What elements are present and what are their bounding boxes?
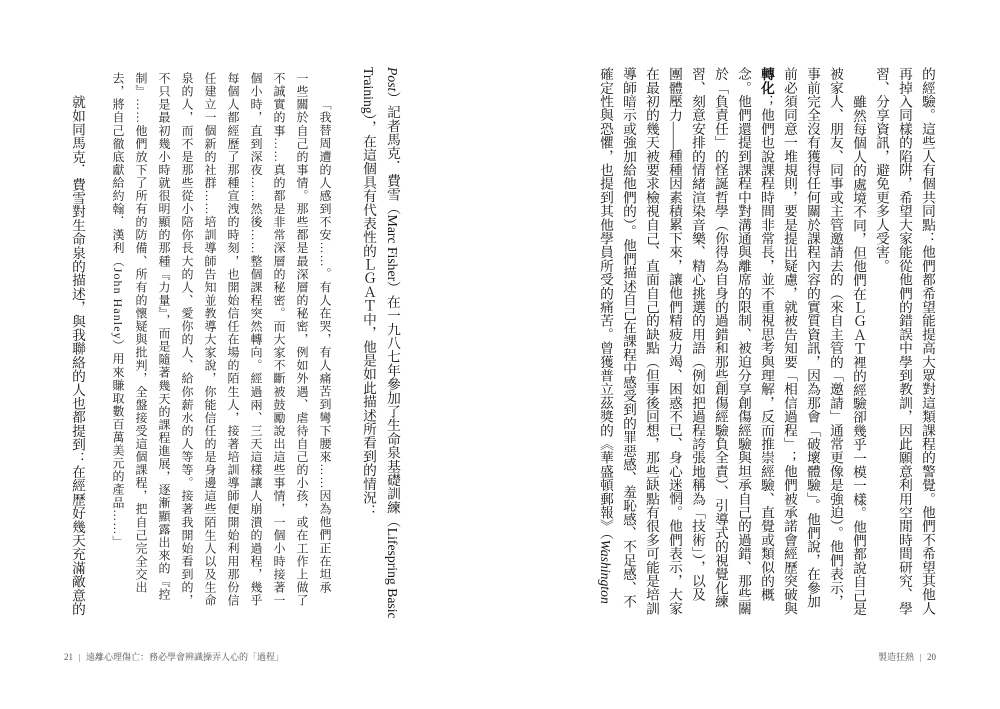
running-footer-left: 21遠離心理傷亡：務必學會辨識操弄人心的「過程」 [64,651,284,663]
quote-column: 任建立一個新的社群……培訓導師告知並教導大家說，你能信任的是身邊這些陌生人以及生… [202,72,218,607]
quote-column: 每個人都經歷了那種宣洩的時刻，也開始信任在場的陌生人，接著培訓導師便開始利用那份… [225,72,241,607]
quote-column: 泉的人，而不是那些從小陪你長大的人、愛你的人、給你薪水的人等等。接著我開始看到的… [179,72,195,607]
italic-term: Post [385,67,400,91]
text-segment: ）記者馬克．費雪（Marc Fisher）在一九八七年參加了生命泉基礎訓練（Li… [385,91,400,618]
text-column: 習、分享資訊，避免更多人受害。 [872,67,890,273]
footer-divider [920,654,921,662]
left-page: Post）記者馬克．費雪（Marc Fisher）在一九八七年參加了生命泉基礎訓… [0,0,500,709]
text-column: 前必須同意一堆規則，要是提出疑慮，就被告知要「相信過程」；他們被承諾會經歷突破與 [780,67,798,615]
text-column: 事前完全沒有獲得任何關於課程內容的實質資訊，因為那會「破壞體驗」。他們說，在參加 [803,67,821,608]
text-column: Post）記者馬克．費雪（Marc Fisher）在一九八七年參加了生命泉基礎訓… [383,67,401,619]
text-column: 的經驗。這些人有個共同點：他們都希望能提高大眾對這類課程的警覺。他們不希望其他人 [918,67,936,615]
quote-column: 不只是最初幾小時就很明顯的那種『力量』，而是隨著幾天的課程進展，逐漸顯露出來的『… [156,72,172,601]
bold-term: 轉化 [759,67,774,94]
text-column: 導師暗示或強加給他們的）。他們描述自己在課程中感受到的罪惡感、羞恥感、不足感、不 [619,67,637,608]
text-column: 被家人、朋友、同事或主管邀請去的（來自主管的「邀請」通常更像是強迫）。他們表示， [826,67,844,608]
text-column: Training），在這個具有代表性的ＬＧＡＴ中，他是如此描述所看到的情況： [359,67,377,518]
book-spread: Post）記者馬克．費雪（Marc Fisher）在一九八七年參加了生命泉基礎訓… [0,0,1000,709]
right-page: 的經驗。這些人有個共同點：他們都希望能提高大眾對這類課程的警覺。他們不希望其他人… [500,0,1000,709]
text-segment: 確定性與恐懼，也提到其他學員所受的痛苦。曾獲普立茲獎的《華盛頓郵報》（ [598,67,613,540]
running-footer-right: 製造狂熱20 [878,651,936,663]
italic-term: Washington [598,540,613,604]
quote-column: 不誠實的事……真的都是非常深層的秘密。而大家不斷被鼓勵說出這些事情，一個小時接著… [271,72,287,607]
text-column: 於「負責任」的怪誕哲學（你得為自身的過錯和那些創傷經驗負全責）、引導式的視覺化練 [711,67,729,608]
quote-column: 一些關於自己的事情。那些都是最深層的秘密，例如外遇、虐待自己的小孩，或在工作上做… [294,72,310,607]
page-number: 21 [64,652,73,662]
quote-column: 去，將自己徹底獻給約翰．漢利（John Hanley）用來賺取數百萬美元的產品…… [110,72,126,548]
quote-column: 個小時，直到深夜……然後……整個課程突然轉向。經過兩、三天這樣讓人崩潰的過程，幾… [248,72,264,607]
text-column: 念。他們還提到課程中對溝通與離席的限制、被迫分享創傷經驗與坦承自己的過錯、那些關 [734,67,752,615]
chapter-title: 遠離心理傷亡：務必學會辨識操弄人心的「過程」 [86,652,284,662]
text-segment: ；他們也說課程時間非常長，並不重視思考與理解，反而推崇經驗、直覺或類似的概 [759,94,774,601]
book-title: 製造狂熱 [878,652,914,662]
footer-divider [79,654,80,662]
text-column: 就如同馬克．費雪對生命泉的描述，與我聯絡的人也都提到：在經歷好幾天充滿敵意的 [68,95,86,616]
text-column: 轉化；他們也說課程時間非常長，並不重視思考與理解，反而推崇經驗、直覺或類似的概 [757,67,775,601]
text-column: 在最初的幾天被要求檢視自己、直面自己的缺點（但事後回想，那些缺點有很多可能是培訓 [642,67,660,615]
text-column: 習、刻意安排的情緒渲染音樂、精心挑選的用語（例如把過程誇張地稱為「技術」），以及 [688,67,706,601]
text-column: 團體壓力——種種因素積累下來，讓他們精疲力竭、困惑不已、身心迷惘。他們表示，大家 [665,67,683,615]
text-column: 雖然每個人的處境不同，但他們在ＬＧＡＴ裡的經驗卻幾乎一模一樣。他們都說自己是 [849,95,867,616]
page-number: 20 [927,652,936,662]
quote-column: 制』……他們放下了所有的防備、所有的懷疑與批判，全盤接受這個課程，把自己完全交出 [133,72,149,594]
text-column: 確定性與恐懼，也提到其他學員所受的痛苦。曾獲普立茲獎的《華盛頓郵報》（Washi… [596,67,614,604]
text-column: 再掉入同樣的陷阱，希望大家能從他們的錯誤中學到教訓，因此願意利用空閒時間研究、學 [895,67,913,615]
quote-column: 「我替周遭的人感到不安……。有人在哭，有人痛苦到彎下腰來……因為他們正在坦承 [317,98,333,594]
